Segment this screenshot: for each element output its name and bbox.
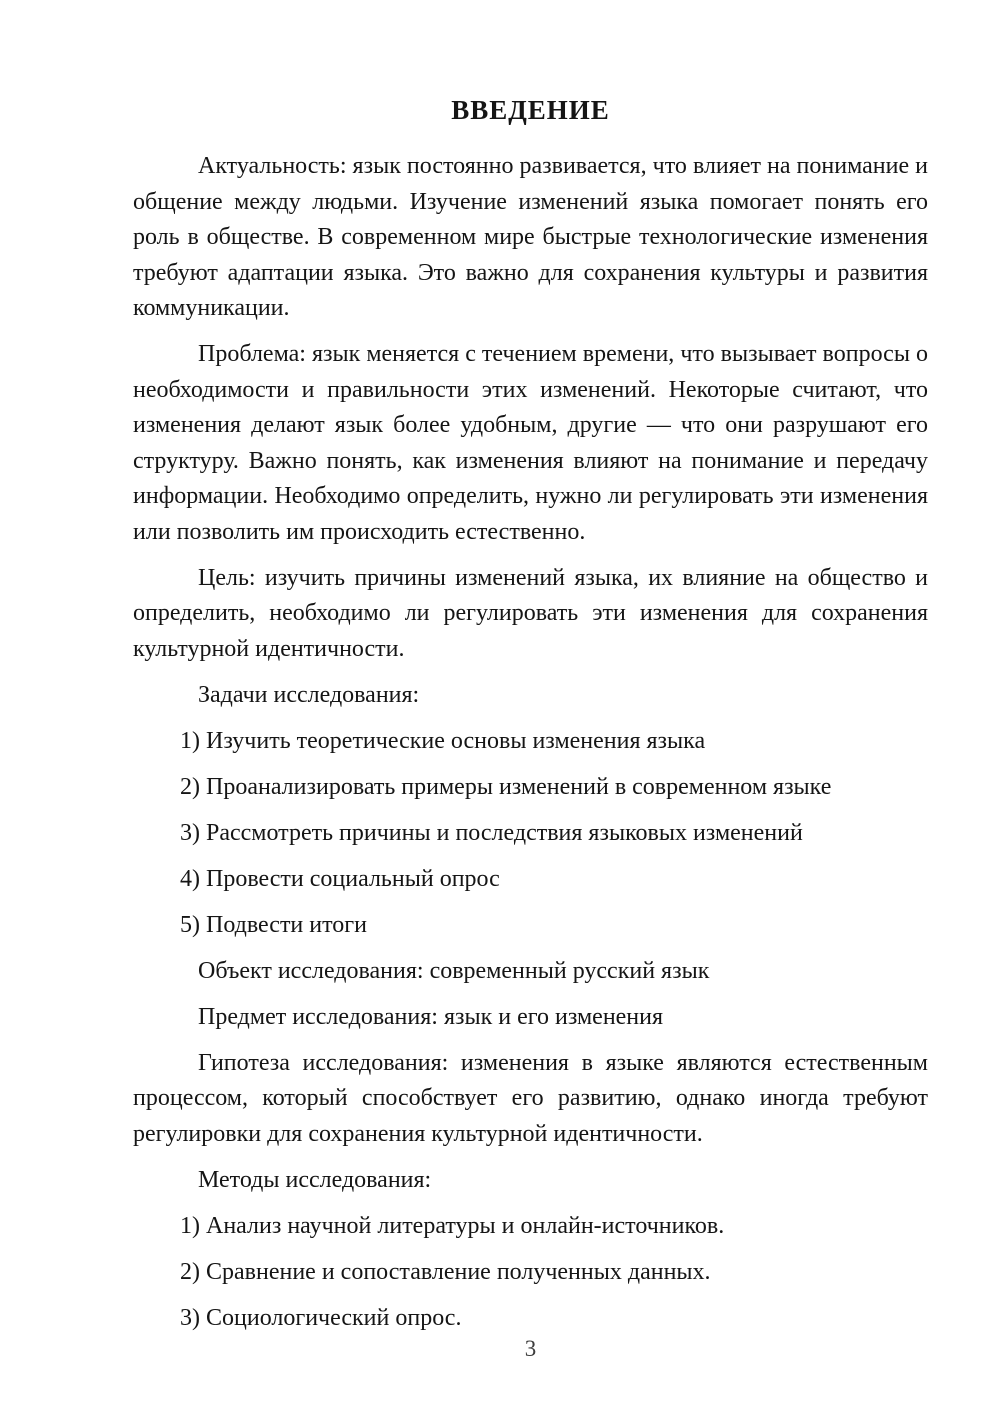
paragraph-relevance: Актуальность: язык постоянно развивается… (133, 149, 928, 327)
method-item: 1) Анализ научной литературы и онлайн-ис… (133, 1209, 928, 1245)
task-item: 2) Проанализировать примеры изменений в … (133, 770, 928, 806)
page-number: 3 (133, 1336, 928, 1362)
tasks-heading: Задачи исследования: (133, 678, 928, 714)
method-item: 3) Социологический опрос. (133, 1301, 928, 1337)
paragraph-goal: Цель: изучить причины изменений языка, и… (133, 561, 928, 668)
method-item: 2) Сравнение и сопоставление полученных … (133, 1255, 928, 1291)
task-item: 5) Подвести итоги (133, 908, 928, 944)
task-item: 1) Изучить теоретические основы изменени… (133, 724, 928, 760)
research-object-line: Объект исследования: современный русский… (133, 954, 928, 990)
paragraph-hypothesis: Гипотеза исследования: изменения в языке… (133, 1046, 928, 1153)
page-content: ВВЕДЕНИЕ Актуальность: язык постоянно ра… (133, 95, 928, 1347)
task-item: 3) Рассмотреть причины и последствия язы… (133, 816, 928, 852)
document-page: ВВЕДЕНИЕ Актуальность: язык постоянно ра… (0, 0, 1000, 1414)
section-heading: ВВЕДЕНИЕ (133, 95, 928, 125)
task-item: 4) Провести социальный опрос (133, 862, 928, 898)
methods-heading: Методы исследования: (133, 1163, 928, 1199)
paragraph-problem: Проблема: язык меняется с течением време… (133, 337, 928, 550)
research-subject-line: Предмет исследования: язык и его изменен… (133, 1000, 928, 1036)
